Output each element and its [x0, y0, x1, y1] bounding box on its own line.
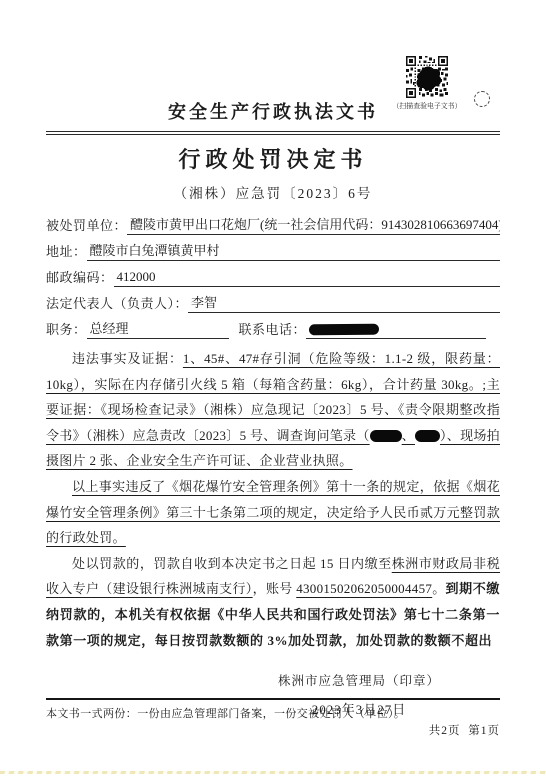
postcode-label: 邮政编码： [46, 267, 114, 287]
page-footer: 本文书一式两份：一份由应急管理部门备案，一份交被处罚人（单位）。 共2页 第1页 [46, 698, 500, 738]
payment-account-number: 43001502062050004457 [296, 581, 432, 596]
field-position-and-phone: 职务： 总经理 联系电话： [46, 313, 500, 339]
address-label: 地址： [46, 241, 87, 261]
qr-block: （扫描查验电子文书） [387, 56, 467, 111]
phone-value [306, 321, 486, 339]
legal-rep-label: 法定代表人（负责人）： [46, 293, 188, 313]
page-edge-marker [0, 771, 546, 774]
field-postcode: 邮政编码： 412000 [46, 261, 500, 287]
field-legal-representative: 法定代表人（负责人）： 李智 [46, 287, 500, 313]
position-label: 职务： [46, 319, 87, 339]
qr-code-icon [405, 56, 449, 98]
dashed-circle-mark-icon [474, 91, 490, 107]
page-number: 共2页 第1页 [46, 722, 500, 738]
address-value: 醴陵市白兔潭镇黄甲村 [87, 240, 500, 261]
redaction-mark-icon [309, 324, 379, 336]
footer-divider [46, 698, 500, 700]
penalized-unit-value: 醴陵市黄甲出口花炮厂(统一社会信用代码：914302810663697404) [127, 214, 500, 235]
payment-mid: ，账号 [253, 581, 297, 596]
payment-period: 。 [432, 581, 445, 596]
field-penalized-unit: 被处罚单位： 醴陵市黄甲出口花炮厂(统一社会信用代码：9143028106636… [46, 209, 500, 235]
redaction-mark-icon [415, 430, 440, 442]
decision-paragraph: 以上事实违反了《烟花爆竹安全管理条例》第十一条的规定，依据《烟花爆竹安全管理条例… [46, 474, 500, 551]
form-fields: 被处罚单位： 醴陵市黄甲出口花炮厂(统一社会信用代码：9143028106636… [46, 209, 500, 339]
redacted-name-2 [415, 428, 440, 443]
decision-text: 以上事实违反了《烟花爆竹安全管理条例》第十一条的规定，依据《烟花爆竹安全管理条例… [46, 479, 500, 545]
payment-paragraph: 处以罚款的，罚款自收到本决定书之日起 15 日内缴至株洲市财政局非税收入专户（建… [46, 551, 500, 653]
copies-note: 本文书一式两份：一份由应急管理部门备案，一份交被处罚人（单位）。 [46, 705, 500, 721]
redacted-name-1 [370, 428, 402, 443]
header-divider [46, 131, 500, 135]
phone-label: 联系电话： [239, 319, 307, 339]
redaction-mark-icon [370, 430, 402, 442]
body-paragraphs: 违法事实及证据：1、45#、47#存引洞（危险等级：1.1-2 级，限药量：10… [46, 346, 500, 653]
legal-rep-value: 李智 [188, 292, 500, 313]
position-value: 总经理 [87, 318, 229, 339]
qr-caption: （扫描查验电子文书） [390, 100, 464, 110]
field-address: 地址： 醴陵市白兔潭镇黄甲村 [46, 235, 500, 261]
issuing-authority: 株洲市应急管理局（印章） [278, 671, 440, 689]
document-number: （湘株）应急罚〔2023〕6号 [46, 182, 500, 202]
payment-intro: 处以罚款的，罚款自收到本决定书之日起 15 日内缴至 [72, 556, 392, 571]
postcode-value: 412000 [114, 269, 500, 287]
penalty-decision-document: （扫描查验电子文书） 安全生产行政执法文书 行政处罚决定书 （湘株）应急罚〔20… [0, 0, 546, 776]
facts-paragraph: 违法事实及证据：1、45#、47#存引洞（危险等级：1.1-2 级，限药量：10… [46, 346, 500, 474]
facts-separator: 、 [402, 428, 415, 443]
facts-label: 违法事实及证据： [72, 351, 183, 366]
document-title: 行政处罚决定书 [46, 143, 500, 174]
penalized-unit-label: 被处罚单位： [46, 215, 127, 235]
